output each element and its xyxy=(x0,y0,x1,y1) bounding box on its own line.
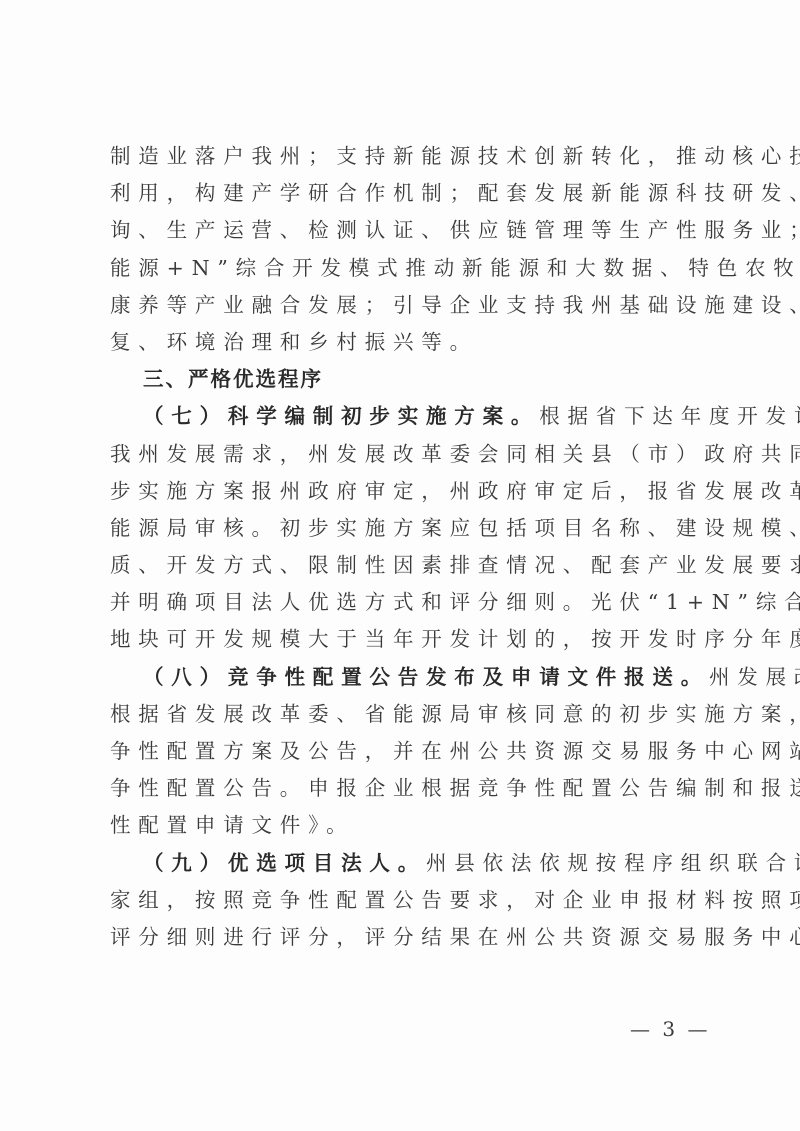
paragraph-line: 制造业落户我州；支持新能源技术创新转化，推动核心技术开发 xyxy=(110,138,694,175)
paragraph-line: 性配置申请文件》。 xyxy=(110,807,694,844)
paragraph-line: 争性配置方案及公告，并在州公共资源交易服务中心网站发布竞 xyxy=(110,733,694,770)
paragraph-line: 根据省发展改革委、省能源局审核同意的初步实施方案，编制竞 xyxy=(110,696,694,733)
paragraph-line: 能源局审核。初步实施方案应包括项目名称、建设规模、土地性 xyxy=(110,510,694,547)
item-7-first-line: （七）科学编制初步实施方案。根据省下达年度开发计划和 xyxy=(110,398,694,435)
section-heading: 三、严格优选程序 xyxy=(110,361,694,398)
item-8-first-line: （八）竞争性配置公告发布及申请文件报送。州发展改革委 xyxy=(110,659,694,696)
paragraph-line: 并明确项目法人优选方式和评分细则。光伏“1+N”综合开发项目 xyxy=(110,584,694,621)
page-number: — 3 — xyxy=(630,1017,710,1041)
paragraph-line: 质、开发方式、限制性因素排查情况、配套产业发展要求等内容， xyxy=(110,547,694,584)
paragraph-line: 步实施方案报州政府审定，州政府审定后，报省发展改革委、省 xyxy=(110,473,694,510)
item-7-title: （七）科学编制初步实施方案。 xyxy=(143,404,539,428)
paragraph-line: 能源+N”综合开发模式推动新能源和大数据、特色农牧业、文旅 xyxy=(110,250,694,287)
document-page: 制造业落户我州；支持新能源技术创新转化，推动核心技术开发 利用，构建产学研合作机… xyxy=(0,0,800,1131)
paragraph-line: 我州发展需求，州发展改革委会同相关县（市）政府共同编制初 xyxy=(110,436,694,473)
paragraph-line: 争性配置公告。申报企业根据竞争性配置公告编制和报送《竞争 xyxy=(110,770,694,807)
item-8-text: 州发展改革委 xyxy=(709,665,800,689)
paragraph-line: 康养等产业融合发展；引导企业支持我州基础设施建设、生态修 xyxy=(110,287,694,324)
item-9-title: （九）优选项目法人。 xyxy=(143,851,426,875)
paragraph-line: 询、生产运营、检测认证、供应链管理等生产性服务业；按“新 xyxy=(110,212,694,249)
paragraph-line: 利用，构建产学研合作机制；配套发展新能源科技研发、技术咨 xyxy=(110,175,694,212)
document-body: 制造业落户我州；支持新能源技术创新转化，推动核心技术开发 利用，构建产学研合作机… xyxy=(110,138,694,956)
item-9-text: 州县依法依规按程序组织联合评分专 xyxy=(426,851,800,875)
item-8-title: （八）竞争性配置公告发布及申请文件报送。 xyxy=(143,665,709,689)
paragraph-line: 评分细则进行评分，评分结果在州公共资源交易服务中心网站公 xyxy=(110,919,694,956)
paragraph-line: 家组，按照竞争性配置公告要求，对企业申报材料按照项目优选 xyxy=(110,882,694,919)
item-7-text: 根据省下达年度开发计划和 xyxy=(539,404,800,428)
item-9-first-line: （九）优选项目法人。州县依法依规按程序组织联合评分专 xyxy=(110,845,694,882)
paragraph-line: 复、环境治理和乡村振兴等。 xyxy=(110,324,694,361)
paragraph-line: 地块可开发规模大于当年开发计划的，按开发时序分年度实施。 xyxy=(110,621,694,658)
